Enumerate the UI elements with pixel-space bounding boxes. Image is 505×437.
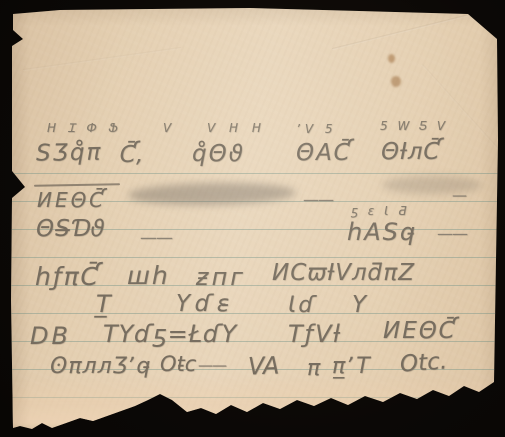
syllabary-word: шh [127,261,170,290]
pencil-dash: —— [198,356,226,374]
paper-crease [23,47,182,71]
folded-corner-edge [472,6,505,37]
torn-edge-fibers [0,376,505,426]
pencil-dash: —— [140,228,172,248]
graphite-smudge [128,182,296,207]
paper-stain [391,76,401,87]
syllabary-word: π̲ʼT [332,354,372,379]
pencil-dash: — [452,186,466,204]
torn-paper-note: H Ɪ Ф Ֆ V V H H ʼV 5 5 W Ƽ V ЅƷq̊π Ƈ̄, q… [0,0,505,437]
pencil-dash: —— [437,224,467,243]
syllabary-word: VA [248,351,280,380]
syllabary-word: ΘƗлƇ̄ [381,139,441,165]
syllabary-word: ΘS̶Ɗϑ [36,216,106,242]
pencil-dash: —— [303,190,333,209]
syllabary-word: T̲ [96,290,111,318]
ruled-line [0,397,505,398]
ruled-line [0,257,505,258]
syllabary-word: Ɩɗ [288,293,318,318]
syllabary-word: TƒVƚ [288,320,342,348]
syllabary-word: ИCϖƗVлƌπZ [272,260,415,286]
syllabary-annotation: ƽ ε Ɩ Ƌ [351,204,409,218]
syllabary-word: Ƈ̄, [120,142,143,168]
syllabary-word: ИEΘƇ̄ [383,318,457,344]
syllabary-annotation: H Ɪ Ф Ֆ [47,119,122,136]
syllabary-word: q̊Θϑ [192,141,245,167]
syllabary-word: ʘπллƷʼq̵ [50,354,151,379]
syllabary-word: ЅƷq̊π [36,139,103,166]
syllabary-annotation: ʼV 5 [297,122,336,136]
syllabary-word: hAЅq̵ [347,218,417,246]
ruled-line [0,313,505,314]
syllabary-word: TYɗƽ=ŁɗY [103,320,237,348]
syllabary-word: Yɗε̵ [176,291,234,317]
syllabary-annotation: V [163,121,171,135]
graphite-smudge [382,176,482,194]
overline-mark [34,183,120,187]
syllabary-annotation: V H H [207,121,266,135]
paper-crease [332,12,478,50]
syllabary-word: π [307,356,320,381]
syllabary-word: Otc. [399,348,448,377]
syllabary-word: Ot̵c [160,352,196,376]
syllabary-word: Y [352,292,366,318]
syllabary-word: DB [30,322,71,350]
syllabary-word: ΘAƇ̄ [296,140,352,166]
syllabary-word: hƒπƇ̄ [35,262,100,291]
syllabary-word: ƶпг [196,263,246,291]
syllabary-annotation: 5 W Ƽ V [380,119,448,133]
ruled-line [0,173,505,174]
syllabary-word-crossed: ИEΘƇ̄ [37,188,106,212]
photo-backdrop: H Ɪ Ф Ֆ V V H H ʼV 5 5 W Ƽ V ЅƷq̊π Ƈ̄, q… [0,0,505,437]
paper-stain [388,54,395,63]
